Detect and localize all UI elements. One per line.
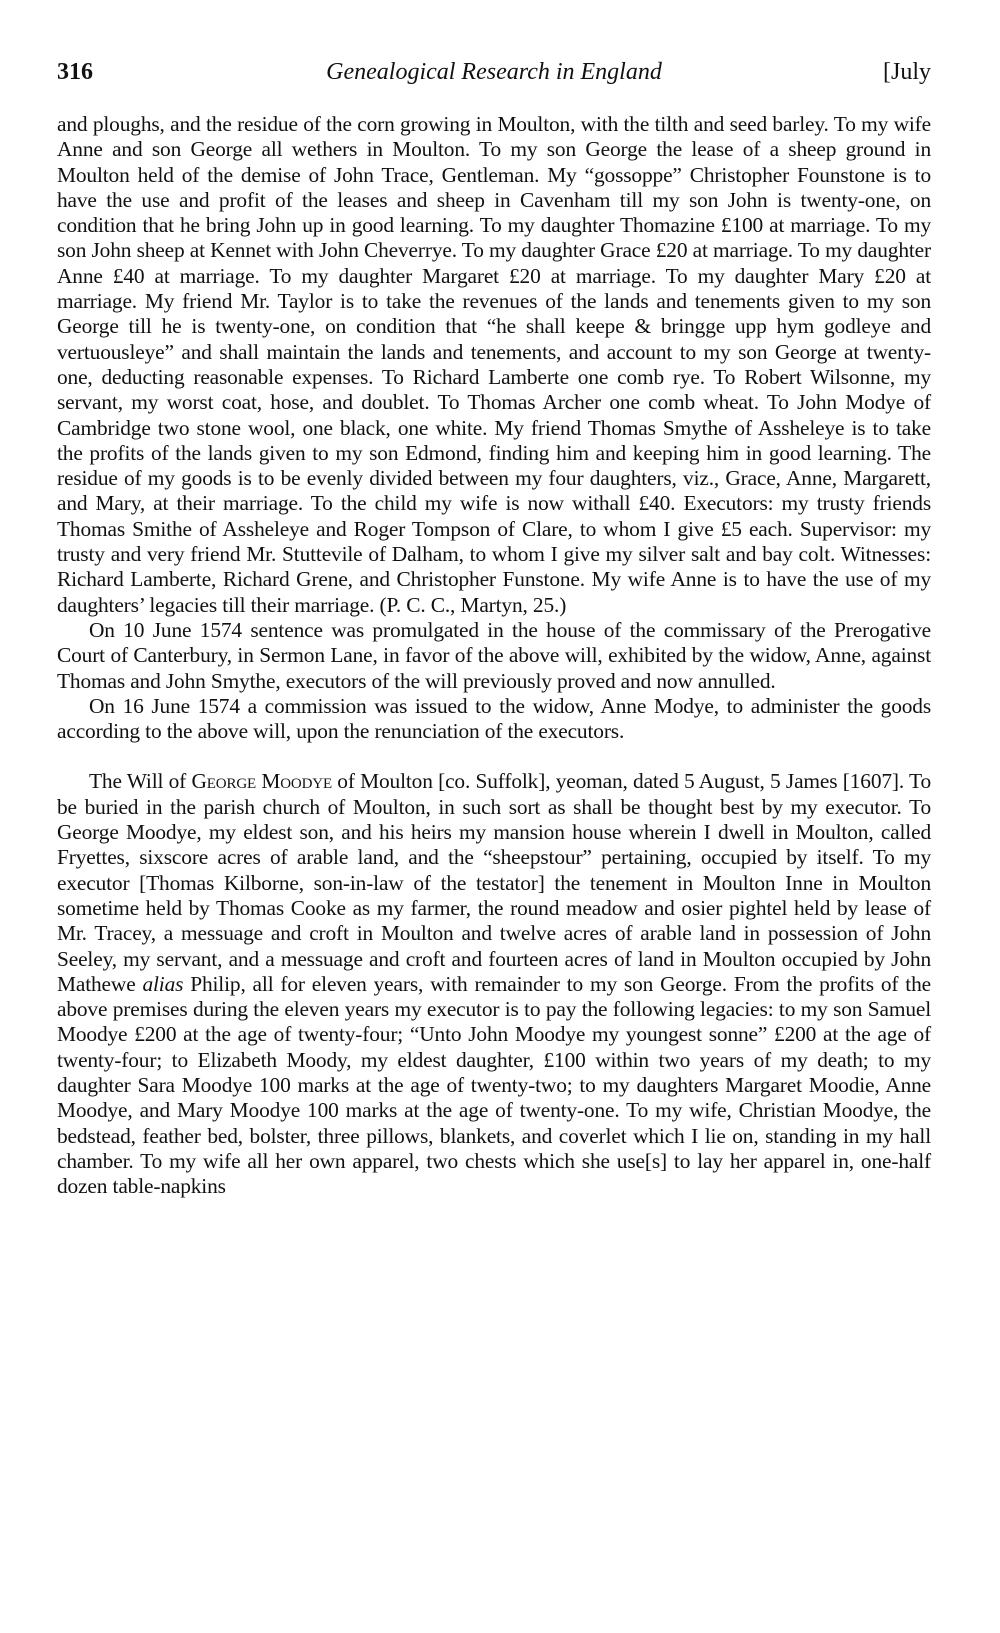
alias-italic: alias: [142, 972, 183, 996]
document-page: 316 Genealogical Research in England [Ju…: [57, 52, 931, 1199]
will-text-a: of Moulton [co. Suffolk], yeoman, dated …: [57, 769, 931, 995]
running-date: [July: [883, 52, 931, 92]
paragraph-will-continuation: and ploughs, and the residue of the corn…: [57, 112, 931, 618]
will-lead: The Will of: [89, 769, 191, 793]
running-title: Genealogical Research in England: [57, 52, 931, 92]
paragraph-commission-issued: On 16 June 1574 a commission was issued …: [57, 694, 931, 745]
testator-name: George Moodye: [191, 769, 331, 793]
running-head: 316 Genealogical Research in England [Ju…: [57, 52, 931, 92]
body-text: and ploughs, and the residue of the corn…: [57, 112, 931, 1199]
will-text-b: Philip, all for eleven years, with remai…: [57, 972, 931, 1198]
paragraph-will-george-moodye: The Will of George Moodye of Moulton [co…: [57, 769, 931, 1199]
paragraph-sentence-promulgated: On 10 June 1574 sentence was promulgated…: [57, 618, 931, 694]
